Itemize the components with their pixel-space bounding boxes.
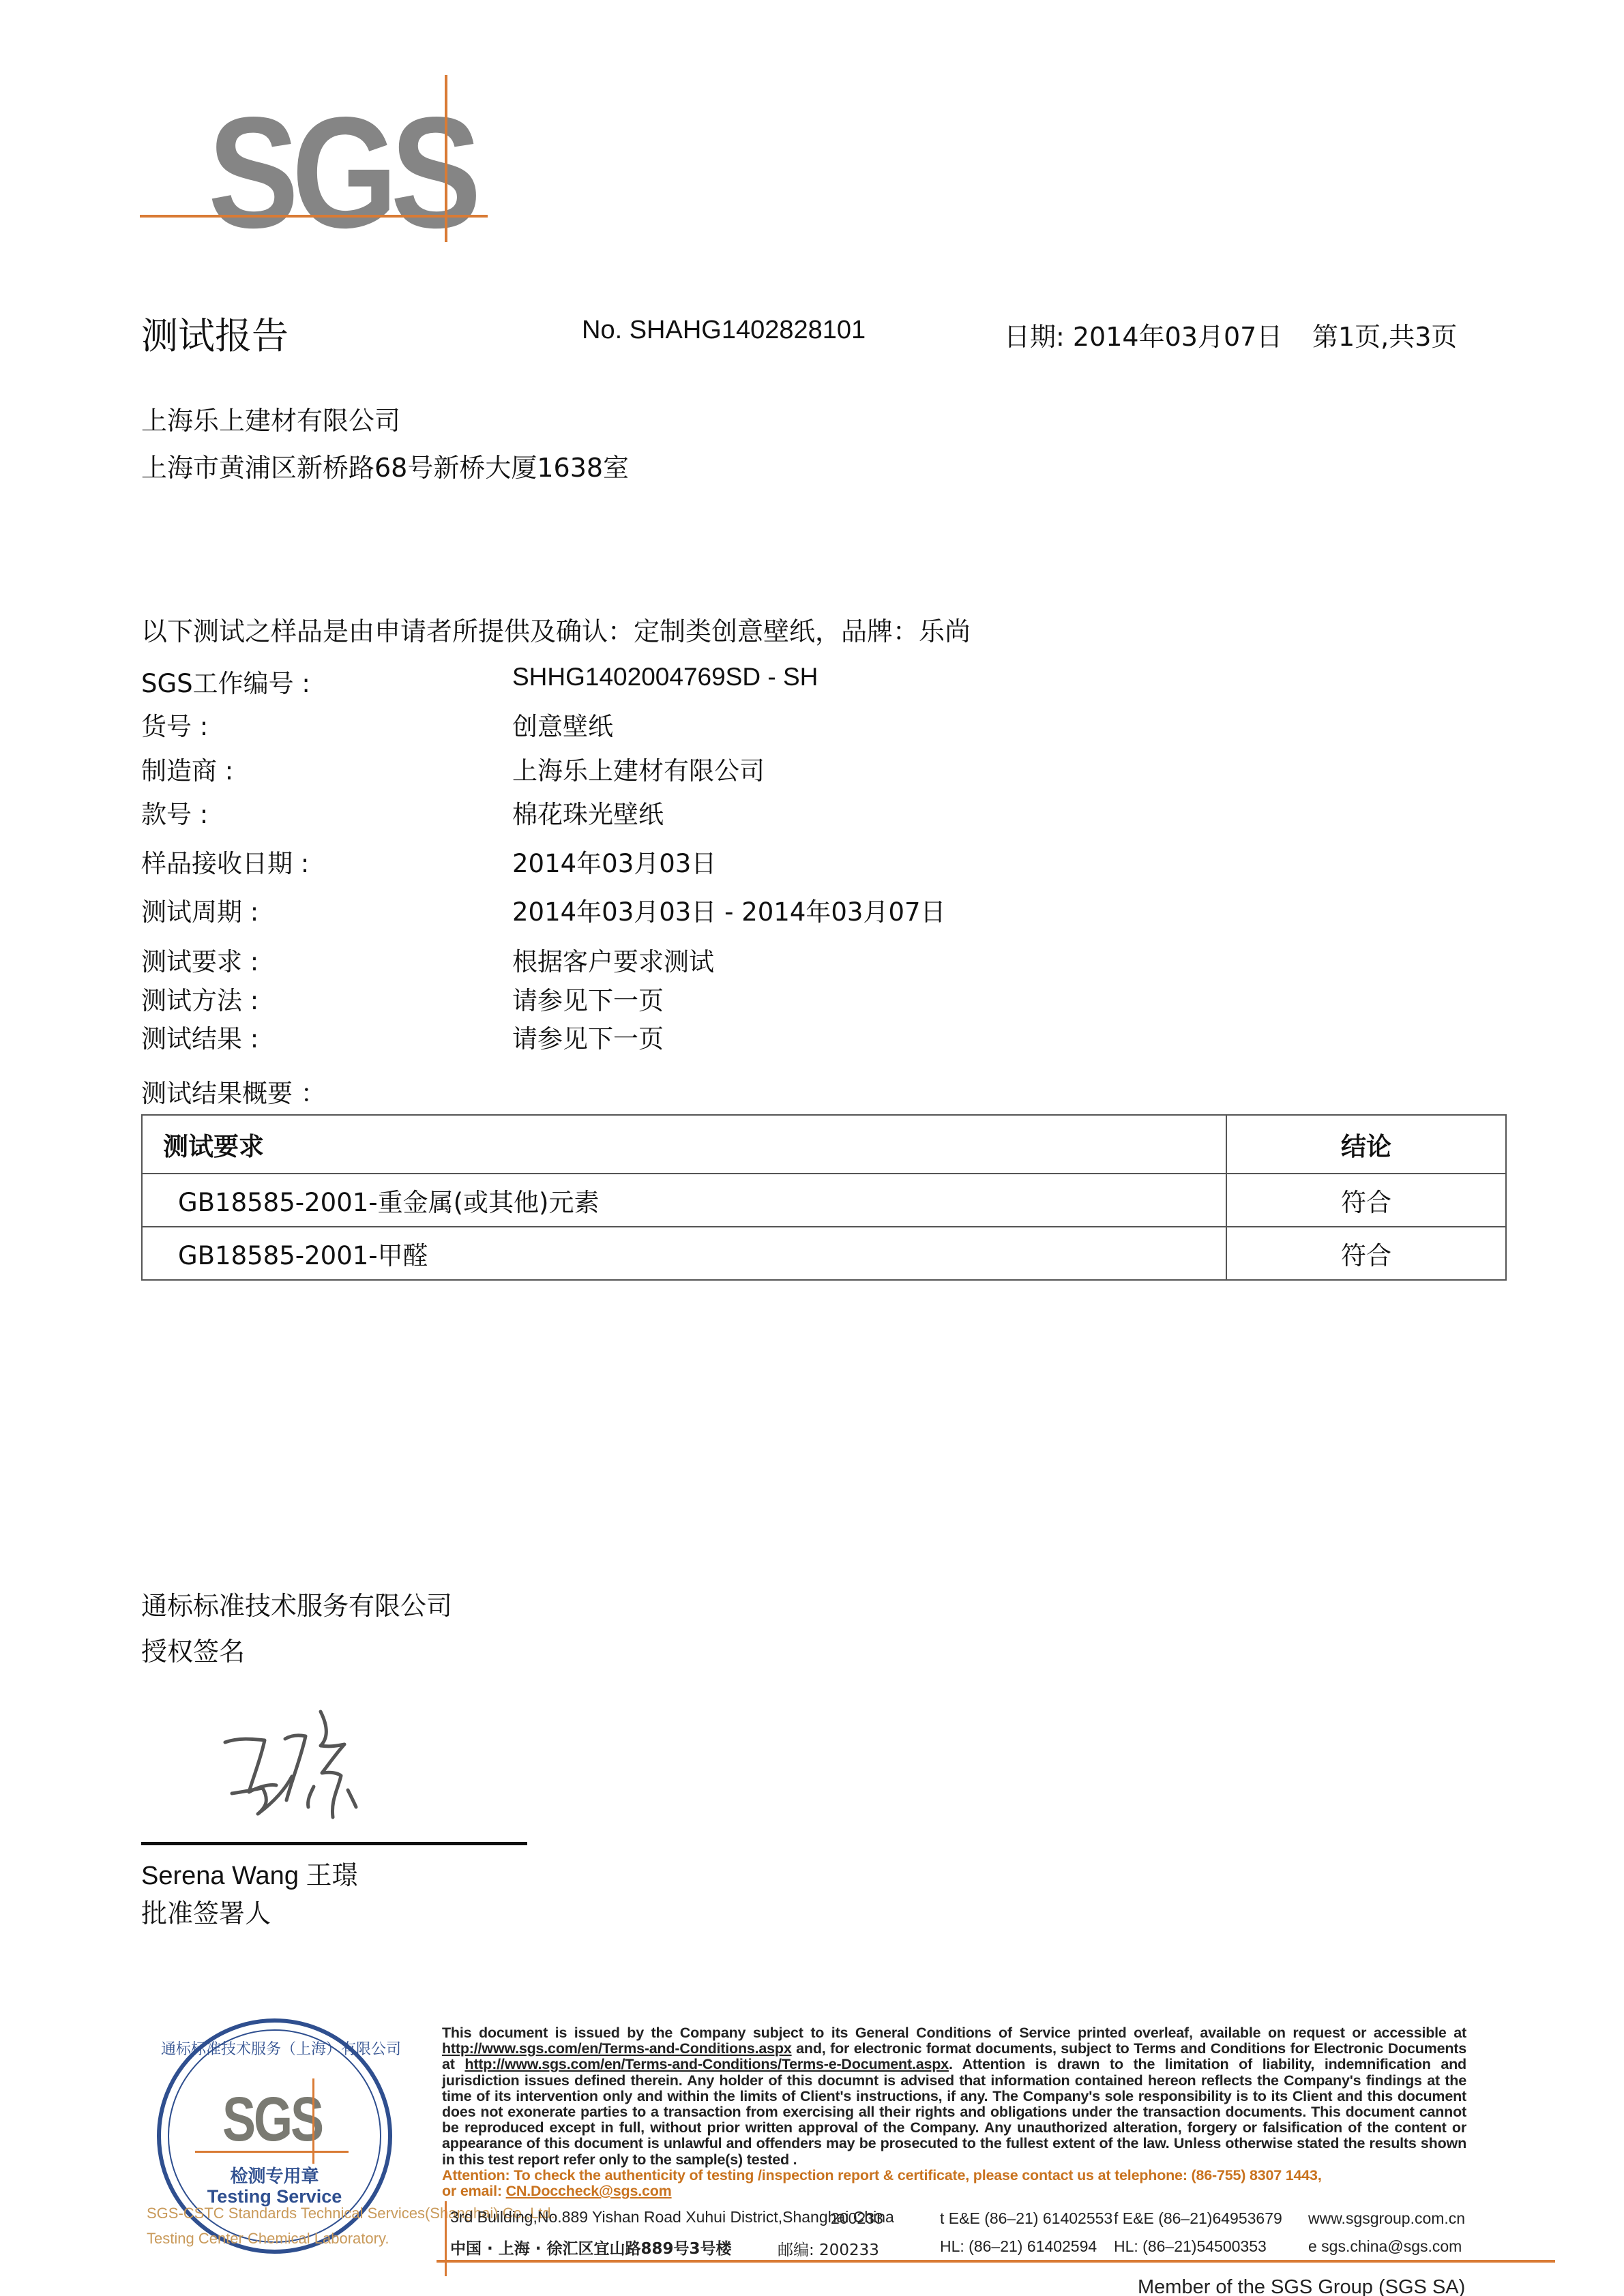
- conclusion-cell: 符合: [1226, 1174, 1506, 1227]
- field-value-received-date: 2014年03月03日: [512, 843, 716, 880]
- field-value-test-result: 请参见下一页: [512, 1018, 664, 1055]
- signature-line: [141, 1842, 527, 1845]
- terms-link[interactable]: http://www.sgs.com/en/Terms-and-Conditio…: [442, 2040, 792, 2057]
- requirement-cell: GB18585-2001-甲醛: [142, 1227, 1226, 1280]
- website-link[interactable]: www.sgsgroup.com.cn: [1308, 2209, 1465, 2228]
- column-header-requirement: 测试要求: [142, 1115, 1226, 1174]
- field-value-test-period: 2014年03月03日 - 2014年03月07日: [512, 891, 946, 928]
- applicant-address: 上海市黄浦区新桥路68号新桥大厦1638室: [141, 447, 629, 484]
- telephone-ee: t E&E (86–21) 61402553: [940, 2209, 1112, 2228]
- logo-accent-vertical: [445, 75, 447, 242]
- requirement-cell: GB18585-2001-重金属(或其他)元素: [142, 1174, 1226, 1227]
- postcode-en: 200233: [831, 2209, 883, 2228]
- authorized-signature-label: 授权签名: [141, 1630, 245, 1668]
- authenticity-email-line: or email: CN.Doccheck@sgs.com: [442, 2183, 1466, 2199]
- table-row: GB18585-2001-重金属(或其他)元素 符合: [142, 1174, 1506, 1227]
- table-header-row: 测试要求 结论: [142, 1115, 1506, 1174]
- field-value-item-no: 创意壁纸: [512, 706, 613, 743]
- page-title: 测试报告: [141, 307, 289, 359]
- contact-email-link[interactable]: e sgs.china@sgs.com: [1308, 2237, 1462, 2256]
- sample-intro: 以下测试之样品是由申请者所提供及确认：定制类创意壁纸，品牌：乐尚: [141, 610, 971, 648]
- doccheck-email-link[interactable]: CN.Doccheck@sgs.com: [506, 2183, 672, 2199]
- logo-text: SGS: [208, 94, 474, 252]
- address-en: 3rd Building,No.889 Yishan Road Xuhui Di…: [450, 2208, 894, 2226]
- signing-company: 通标标准技术服务有限公司: [141, 1585, 452, 1622]
- stamp-company-line2: Testing Center Chemical Laboratory.: [147, 2230, 389, 2248]
- field-label-test-method: 测试方法 :: [141, 980, 259, 1017]
- authenticity-notice: Attention: To check the authenticity of …: [442, 2168, 1466, 2183]
- report-date: 日期: 2014年03月07日: [1004, 316, 1282, 353]
- summary-table: 测试要求 结论 GB18585-2001-重金属(或其他)元素 符合 GB185…: [141, 1114, 1507, 1281]
- field-label-test-period: 测试周期 :: [141, 891, 259, 928]
- logo-accent-horizontal: [140, 215, 488, 218]
- summary-heading: 测试结果概要 ：: [141, 1073, 326, 1109]
- field-label-style-no: 款号 :: [141, 794, 208, 831]
- field-value-style-no: 棉花珠光壁纸: [512, 794, 664, 831]
- signatory-name: Serena Wang 王璟: [141, 1854, 358, 1892]
- legal-text: This document is issued by the Company s…: [442, 2025, 1466, 2041]
- field-label-received-date: 样品接收日期 :: [141, 843, 309, 880]
- stamp-ring-text: 通标标准技术服务（上海）有限公司: [161, 2038, 388, 2059]
- page-indicator: 第1页,共3页: [1312, 316, 1457, 353]
- field-label-test-requirement: 测试要求 :: [141, 941, 259, 978]
- fax-ee: f E&E (86–21)64953679: [1114, 2209, 1282, 2228]
- field-value-test-requirement: 根据客户要求测试: [512, 941, 714, 978]
- field-value-test-method: 请参见下一页: [512, 980, 664, 1017]
- field-value-manufacturer: 上海乐上建材有限公司: [512, 750, 765, 787]
- stamp-cn-label: 检测专用章: [161, 2162, 388, 2188]
- field-label-manufacturer: 制造商 :: [141, 750, 233, 787]
- email-prefix: or email:: [442, 2183, 506, 2199]
- table-row: GB18585-2001-甲醛 符合: [142, 1227, 1506, 1280]
- conclusion-cell: 符合: [1226, 1227, 1506, 1280]
- stamp-accent-vertical: [312, 2078, 314, 2164]
- e-document-terms-link[interactable]: http://www.sgs.com/en/Terms-and-Conditio…: [464, 2056, 949, 2072]
- field-value-job-no: SHHG1402004769SD - SH: [512, 663, 818, 691]
- postcode-cn: 邮编: 200233: [778, 2237, 879, 2260]
- legal-disclaimer: This document is issued by the Company s…: [442, 2025, 1466, 2199]
- field-label-item-no: 货号 :: [141, 706, 208, 743]
- handwritten-signature: [211, 1705, 368, 1821]
- applicant-name: 上海乐上建材有限公司: [141, 400, 400, 437]
- footer-vertical-rule: [445, 2201, 447, 2276]
- report-number: No. SHAHG1402828101: [582, 316, 866, 345]
- footer-horizontal-rule: [437, 2260, 1555, 2263]
- column-header-conclusion: 结论: [1226, 1115, 1506, 1174]
- sgs-logo: SGS: [140, 75, 494, 245]
- hotline-1: HL: (86–21) 61402594: [940, 2237, 1097, 2256]
- legal-text: . Attention is drawn to the limitation o…: [442, 2056, 1466, 2167]
- address-cn: 中国 · 上海 · 徐汇区宜山路889号3号楼: [450, 2236, 732, 2258]
- hotline-2: HL: (86–21)54500353: [1114, 2237, 1267, 2256]
- stamp-logo: SGS: [222, 2084, 322, 2156]
- field-label-job-no: SGS工作编号 :: [141, 663, 310, 700]
- field-label-test-result: 测试结果 :: [141, 1018, 259, 1055]
- sgs-group-membership: Member of the SGS Group (SGS SA): [1138, 2276, 1465, 2296]
- stamp-accent-horizontal: [195, 2151, 349, 2153]
- signatory-role: 批准签署人: [141, 1892, 271, 1930]
